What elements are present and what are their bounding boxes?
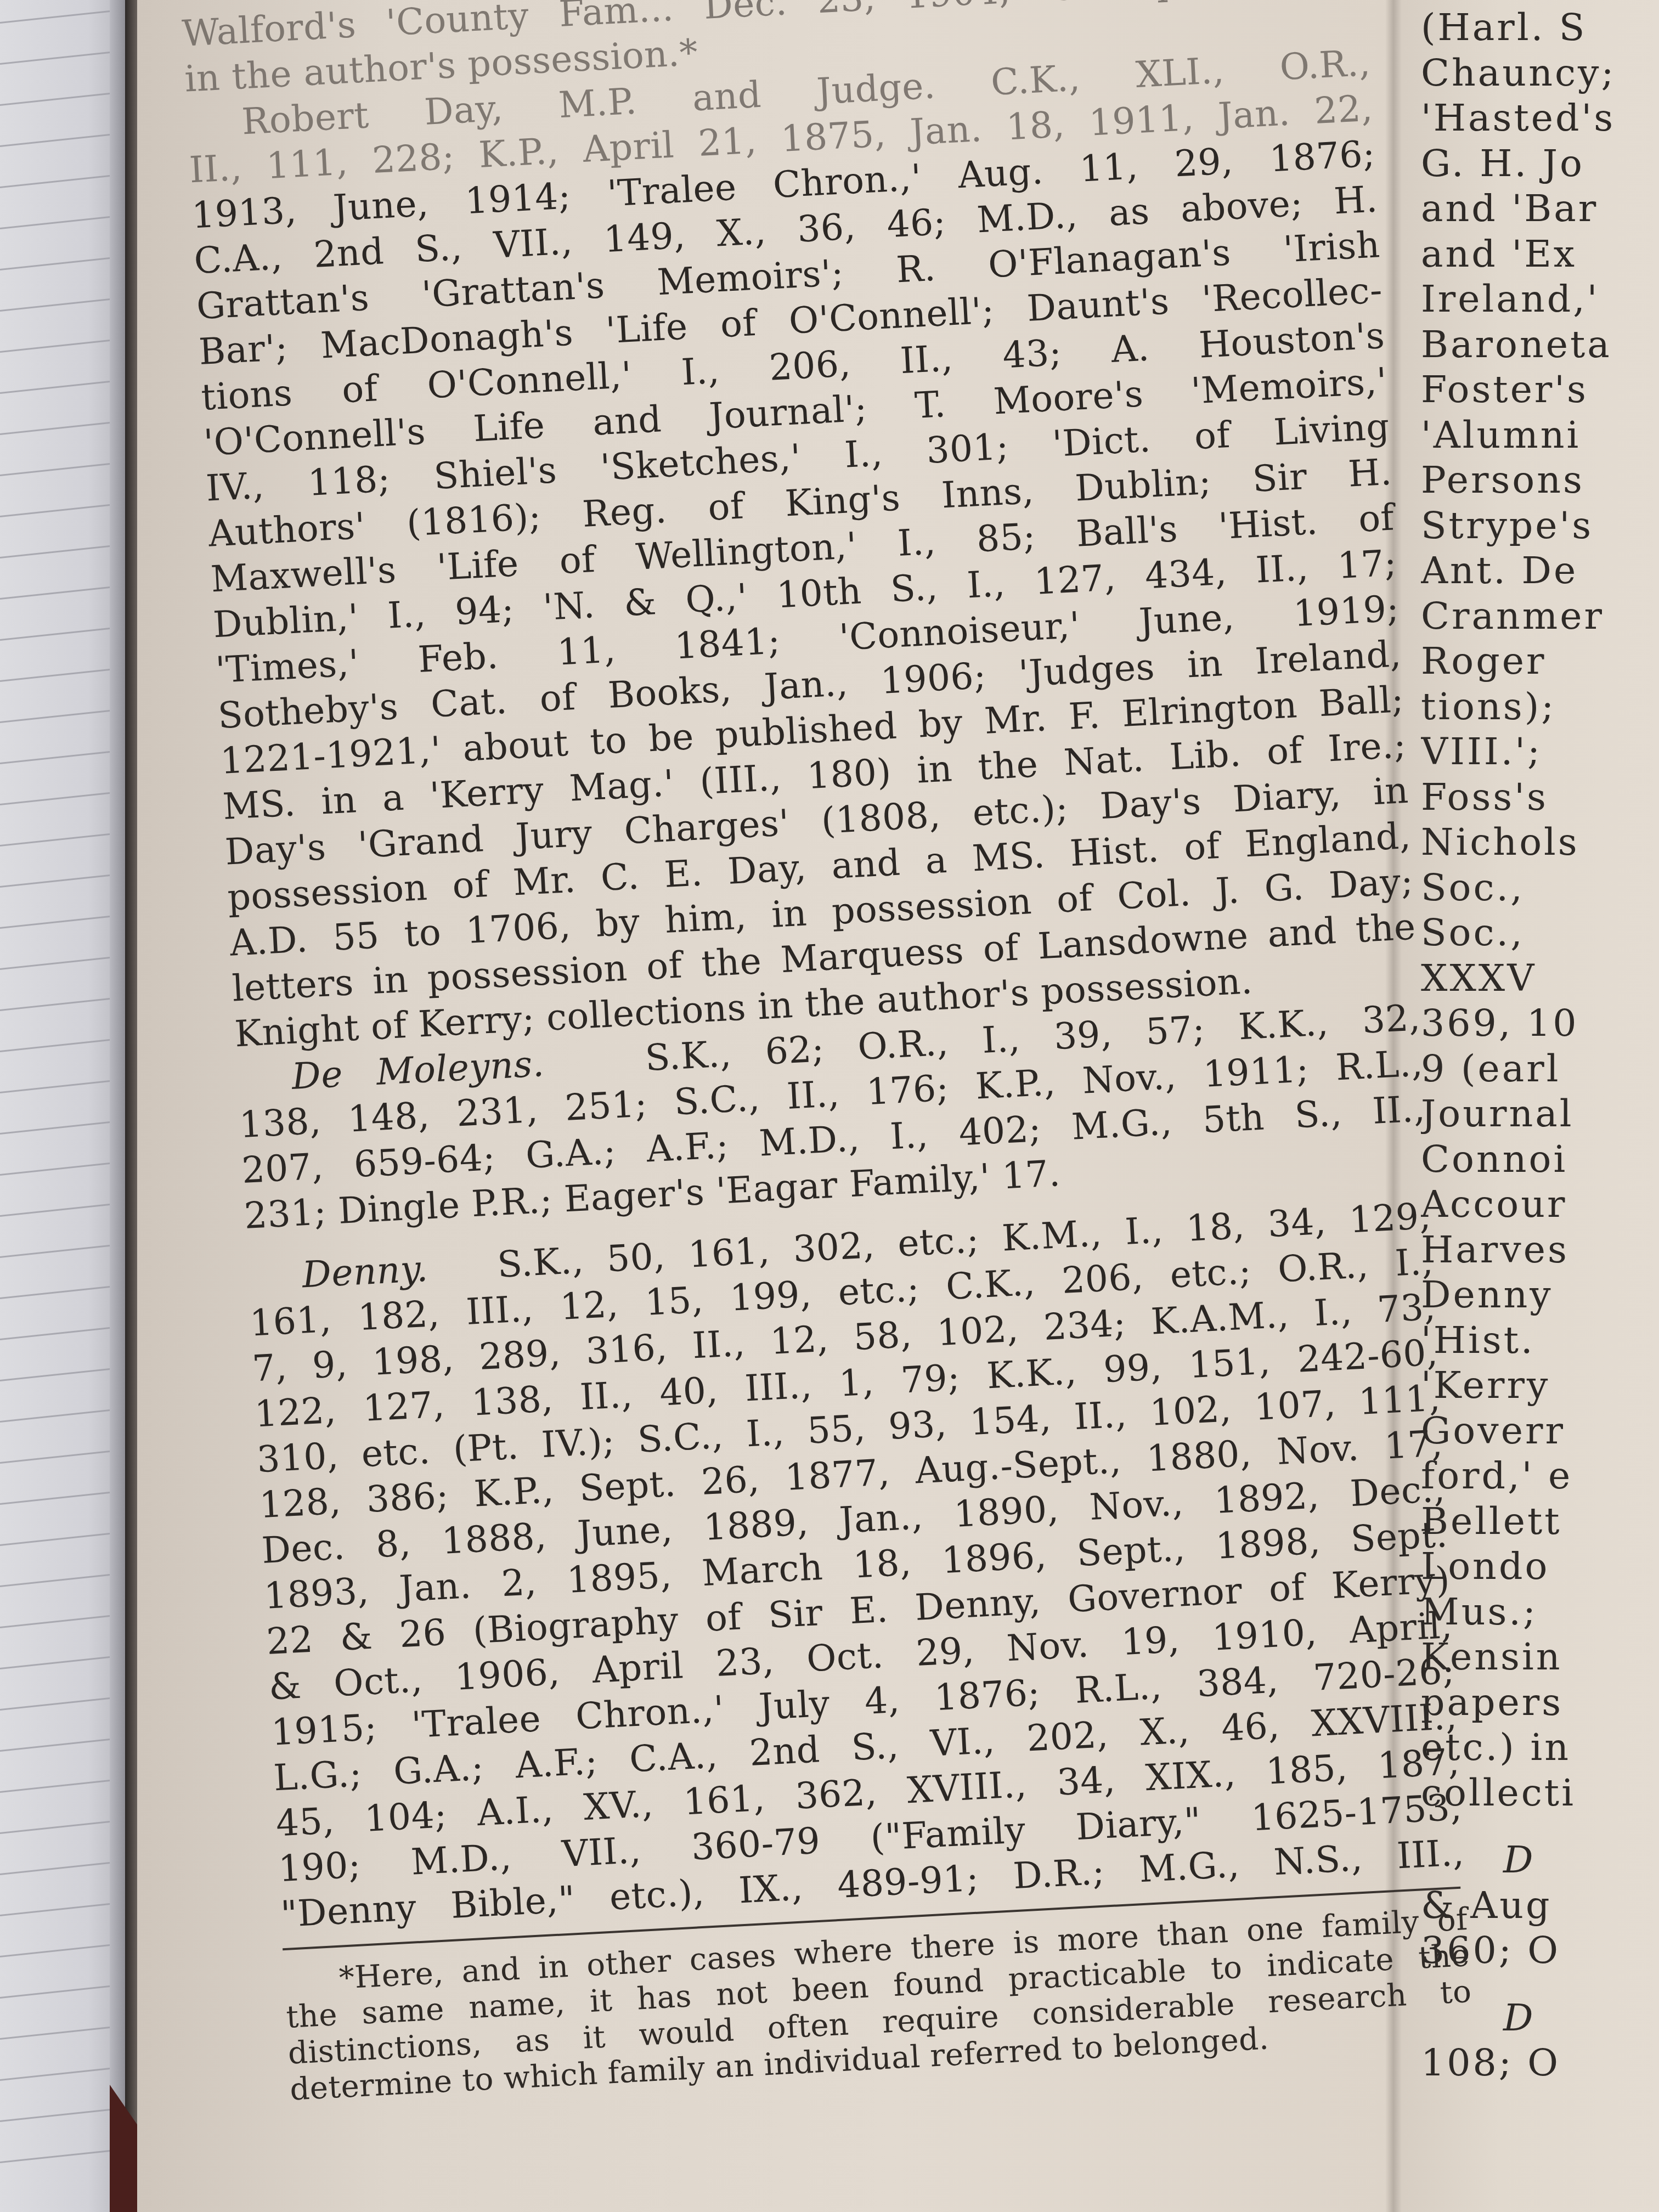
fragment-line: 360; O (1421, 1928, 1659, 1974)
fragment-line: papers (1421, 1680, 1659, 1726)
ruled-line (0, 297, 126, 312)
fragment-line: and 'Bar (1421, 187, 1659, 232)
ruled-line (0, 1243, 126, 1258)
ruled-line (0, 708, 126, 723)
ruled-line (0, 791, 126, 805)
photo-scene: Walford's 'County Fam... Dec. 23, 1904; … (0, 0, 1659, 2212)
ruled-line (0, 256, 126, 270)
ruled-line (0, 420, 126, 435)
main-page-text: Walford's 'County Fam... Dec. 23, 1904; … (181, 0, 1474, 2108)
fragment-line: Connoi (1421, 1137, 1659, 1183)
fragment-line: Foss's (1421, 775, 1659, 821)
ruled-line (0, 215, 126, 229)
fragment-line: (Harl. S (1421, 5, 1659, 51)
ruled-line (0, 667, 126, 682)
fragment-line: 'Alumni (1421, 413, 1659, 459)
fragment-line: Cranmer (1421, 594, 1659, 640)
fragment-line: Roger (1421, 639, 1659, 685)
ruled-line (0, 626, 126, 641)
ruled-line (0, 2148, 126, 2163)
fragment-line: Goverr (1421, 1409, 1659, 1454)
entry-initial: D (1421, 1996, 1659, 2041)
ruled-line (0, 132, 126, 147)
ruled-line (0, 461, 126, 476)
ruled-line (0, 1449, 126, 1464)
ruled-line (0, 1943, 126, 1957)
ruled-line (0, 1737, 126, 1752)
fragment-line: Harves (1421, 1228, 1659, 1273)
ruled-line (0, 503, 126, 517)
fragment-line: Journal (1421, 1092, 1659, 1137)
fragment-line: Nichols (1421, 820, 1659, 866)
ruled-line (0, 585, 126, 600)
fragment-line: Soc., (1421, 911, 1659, 956)
ruled-line (0, 1655, 126, 1669)
fragment-line: 369, 10 (1421, 1001, 1659, 1047)
fragment-line: XXXV (1421, 956, 1659, 1002)
fragment-line: Ant. De (1421, 549, 1659, 594)
ruled-line (0, 2066, 126, 2081)
ruled-line (0, 1408, 126, 1423)
fragment-line: Ireland,' (1421, 277, 1659, 323)
ruled-line (0, 955, 126, 970)
fragment-line: Accour (1421, 1182, 1659, 1228)
fragment-line: etc.) in (1421, 1725, 1659, 1771)
ruled-line (0, 1860, 126, 1875)
ruled-line (0, 1367, 126, 1381)
fragment-line: Baroneta (1421, 323, 1659, 368)
ruled-line (0, 379, 126, 394)
fragment-line: 108; O (1421, 2041, 1659, 2086)
fragment-line: Bellett (1421, 1499, 1659, 1545)
ruled-line (0, 2107, 126, 2122)
ruled-line (0, 873, 126, 888)
entry-initial: D (1421, 1838, 1659, 1883)
ruled-line (0, 1613, 126, 1628)
ruled-line (0, 50, 126, 65)
ruled-line (0, 1819, 126, 1834)
ruled-line (0, 1901, 126, 1916)
ruled-line (0, 544, 126, 558)
ruled-line (0, 914, 126, 929)
fragment-line: and 'Ex (1421, 232, 1659, 278)
ruled-line (0, 2025, 126, 2040)
ruled-line (0, 1531, 126, 1546)
ruled-line (0, 173, 126, 188)
ruled-line (0, 1202, 126, 1217)
ruled-line (0, 91, 126, 106)
ruled-line (0, 1490, 126, 1505)
fragment-line: Kensin (1421, 1635, 1659, 1680)
ruled-line (0, 1079, 126, 1093)
ruled-line (0, 1120, 126, 1135)
ruled-line (0, 1778, 126, 1793)
ruled-line (0, 338, 126, 353)
fragment-line: Foster's (1421, 368, 1659, 413)
fragment-line: Londo (1421, 1544, 1659, 1590)
fragment-line: G. H. Jo (1421, 142, 1659, 187)
ruled-line (0, 1696, 126, 1711)
fragment-line: ford,' e (1421, 1454, 1659, 1499)
fragment-line: 'Hist. (1421, 1318, 1659, 1364)
fragment-line: Persons (1421, 458, 1659, 504)
fragment-line: Denny (1421, 1273, 1659, 1318)
fragment-line: Chauncy; (1421, 51, 1659, 97)
ruled-line (0, 749, 126, 764)
fragment-line: collecti (1421, 1771, 1659, 1816)
notebook-edge (110, 0, 126, 2212)
fragment-line: tions); (1421, 685, 1659, 730)
fragment-line: Strype's (1421, 504, 1659, 549)
ruled-line (0, 832, 126, 847)
fragment-line: Soc., (1421, 866, 1659, 911)
ruled-line (0, 1161, 126, 1176)
ruled-line (0, 1984, 126, 1999)
entry-name: Denny. (301, 1248, 429, 1296)
fragment-line: Mus.; (1421, 1590, 1659, 1635)
fragment-line: 'Hasted's (1421, 96, 1659, 142)
fragment-line: & Aug (1421, 1883, 1659, 1929)
entry-denny: Denny. S.K., 50, 161, 302, etc.; K.M., I… (246, 1193, 1465, 1937)
ruled-line (0, 996, 126, 1011)
right-page-text: (Harl. S Chauncy; 'Hasted's G. H. Jo and… (1421, 5, 1659, 2086)
ruled-line (0, 1572, 126, 1587)
fragment-line: 'Kerry (1421, 1363, 1659, 1409)
ruled-line (0, 9, 126, 24)
fragment-line: VIII.'; (1421, 730, 1659, 775)
notebook-paper (0, 0, 126, 2212)
ruled-line (0, 1325, 126, 1340)
fragment-line: 9 (earl (1421, 1047, 1659, 1092)
ruled-line (0, 1037, 126, 1052)
ruled-line (0, 1284, 126, 1299)
